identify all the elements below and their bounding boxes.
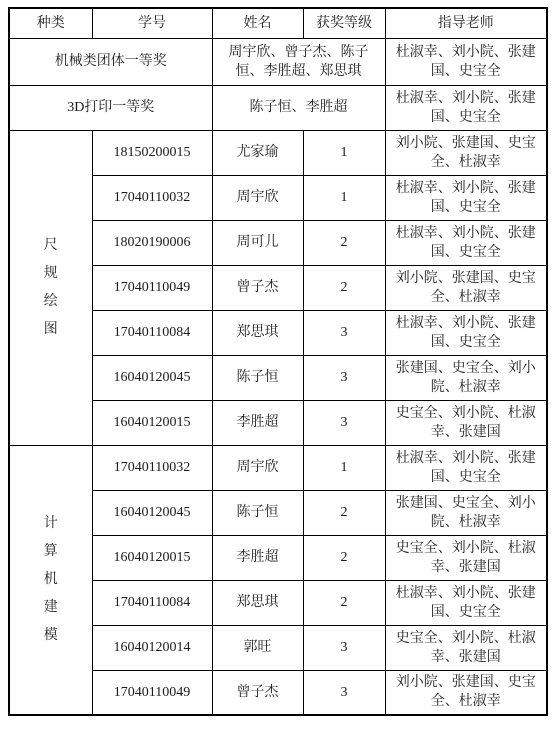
level-cell: 3 — [303, 400, 385, 445]
level-cell: 3 — [303, 310, 385, 355]
level-cell: 2 — [303, 265, 385, 310]
student-id-cell: 17040110049 — [92, 265, 212, 310]
level-cell: 3 — [303, 670, 385, 715]
student-id-cell: 17040110049 — [92, 670, 212, 715]
level-cell: 1 — [303, 130, 385, 175]
teachers-cell: 张建国、史宝全、刘小院、杜淑幸 — [385, 490, 547, 535]
teachers-cell: 刘小院、张建国、史宝全、杜淑幸 — [385, 130, 547, 175]
document-page: 种类 学号 姓名 获奖等级 指导老师 机械类团体一等奖 周宇欣、曾子杰、陈子恒、… — [0, 0, 554, 734]
teachers-cell: 杜淑幸、刘小院、张建国、史宝全 — [385, 445, 547, 490]
name-cell: 陈子恒 — [212, 490, 303, 535]
table-row: 机械类团体一等奖 周宇欣、曾子杰、陈子恒、李胜超、郑思琪 杜淑幸、刘小院、张建国… — [9, 38, 547, 85]
name-cell: 陈子恒 — [212, 355, 303, 400]
teachers-cell: 杜淑幸、刘小院、张建国、史宝全 — [385, 310, 547, 355]
category-label: 计算机建模 — [43, 510, 58, 650]
name-cell: 曾子杰 — [212, 670, 303, 715]
level-cell: 3 — [303, 625, 385, 670]
student-id-cell: 18150200015 — [92, 130, 212, 175]
table-header-row: 种类 学号 姓名 获奖等级 指导老师 — [9, 8, 547, 38]
award-winners-cell: 周宇欣、曾子杰、陈子恒、李胜超、郑思琪 — [212, 38, 385, 85]
category-label: 尺规绘图 — [43, 232, 58, 344]
header-cell-category: 种类 — [9, 8, 92, 38]
level-cell: 3 — [303, 355, 385, 400]
name-cell: 尤家瑜 — [212, 130, 303, 175]
teachers-cell: 杜淑幸、刘小院、张建国、史宝全 — [385, 85, 547, 130]
student-id-cell: 17040110032 — [92, 175, 212, 220]
table-row: 计算机建模 17040110032 周宇欣 1 杜淑幸、刘小院、张建国、史宝全 — [9, 445, 547, 490]
teachers-cell: 刘小院、张建国、史宝全、杜淑幸 — [385, 670, 547, 715]
level-cell: 2 — [303, 535, 385, 580]
header-cell-teachers: 指导老师 — [385, 8, 547, 38]
student-id-cell: 18020190006 — [92, 220, 212, 265]
award-results-table: 种类 学号 姓名 获奖等级 指导老师 机械类团体一等奖 周宇欣、曾子杰、陈子恒、… — [8, 7, 548, 716]
teachers-cell: 杜淑幸、刘小院、张建国、史宝全 — [385, 38, 547, 85]
teachers-cell: 杜淑幸、刘小院、张建国、史宝全 — [385, 220, 547, 265]
teachers-cell: 杜淑幸、刘小院、张建国、史宝全 — [385, 580, 547, 625]
student-id-cell: 17040110084 — [92, 310, 212, 355]
student-id-cell: 16040120015 — [92, 400, 212, 445]
level-cell: 1 — [303, 445, 385, 490]
category-cell: 尺规绘图 — [9, 130, 92, 445]
award-title-cell: 机械类团体一等奖 — [9, 38, 212, 85]
category-cell: 计算机建模 — [9, 445, 92, 715]
student-id-cell: 17040110032 — [92, 445, 212, 490]
header-cell-student-id: 学号 — [92, 8, 212, 38]
header-cell-name: 姓名 — [212, 8, 303, 38]
student-id-cell: 16040120015 — [92, 535, 212, 580]
award-winners-cell: 陈子恒、李胜超 — [212, 85, 385, 130]
name-cell: 郭旺 — [212, 625, 303, 670]
level-cell: 2 — [303, 220, 385, 265]
table-row: 3D打印一等奖 陈子恒、李胜超 杜淑幸、刘小院、张建国、史宝全 — [9, 85, 547, 130]
teachers-cell: 杜淑幸、刘小院、张建国、史宝全 — [385, 175, 547, 220]
teachers-cell: 史宝全、刘小院、杜淑幸、张建国 — [385, 625, 547, 670]
name-cell: 周可儿 — [212, 220, 303, 265]
level-cell: 2 — [303, 580, 385, 625]
name-cell: 曾子杰 — [212, 265, 303, 310]
student-id-cell: 17040110084 — [92, 580, 212, 625]
student-id-cell: 16040120045 — [92, 490, 212, 535]
student-id-cell: 16040120045 — [92, 355, 212, 400]
name-cell: 周宇欣 — [212, 445, 303, 490]
teachers-cell: 史宝全、刘小院、杜淑幸、张建国 — [385, 400, 547, 445]
name-cell: 郑思琪 — [212, 310, 303, 355]
student-id-cell: 16040120014 — [92, 625, 212, 670]
teachers-cell: 刘小院、张建国、史宝全、杜淑幸 — [385, 265, 547, 310]
name-cell: 周宇欣 — [212, 175, 303, 220]
teachers-cell: 史宝全、刘小院、杜淑幸、张建国 — [385, 535, 547, 580]
table-row: 尺规绘图 18150200015 尤家瑜 1 刘小院、张建国、史宝全、杜淑幸 — [9, 130, 547, 175]
header-cell-level: 获奖等级 — [303, 8, 385, 38]
teachers-cell: 张建国、史宝全、刘小院、杜淑幸 — [385, 355, 547, 400]
name-cell: 郑思琪 — [212, 580, 303, 625]
level-cell: 1 — [303, 175, 385, 220]
award-title-cell: 3D打印一等奖 — [9, 85, 212, 130]
level-cell: 2 — [303, 490, 385, 535]
name-cell: 李胜超 — [212, 535, 303, 580]
name-cell: 李胜超 — [212, 400, 303, 445]
